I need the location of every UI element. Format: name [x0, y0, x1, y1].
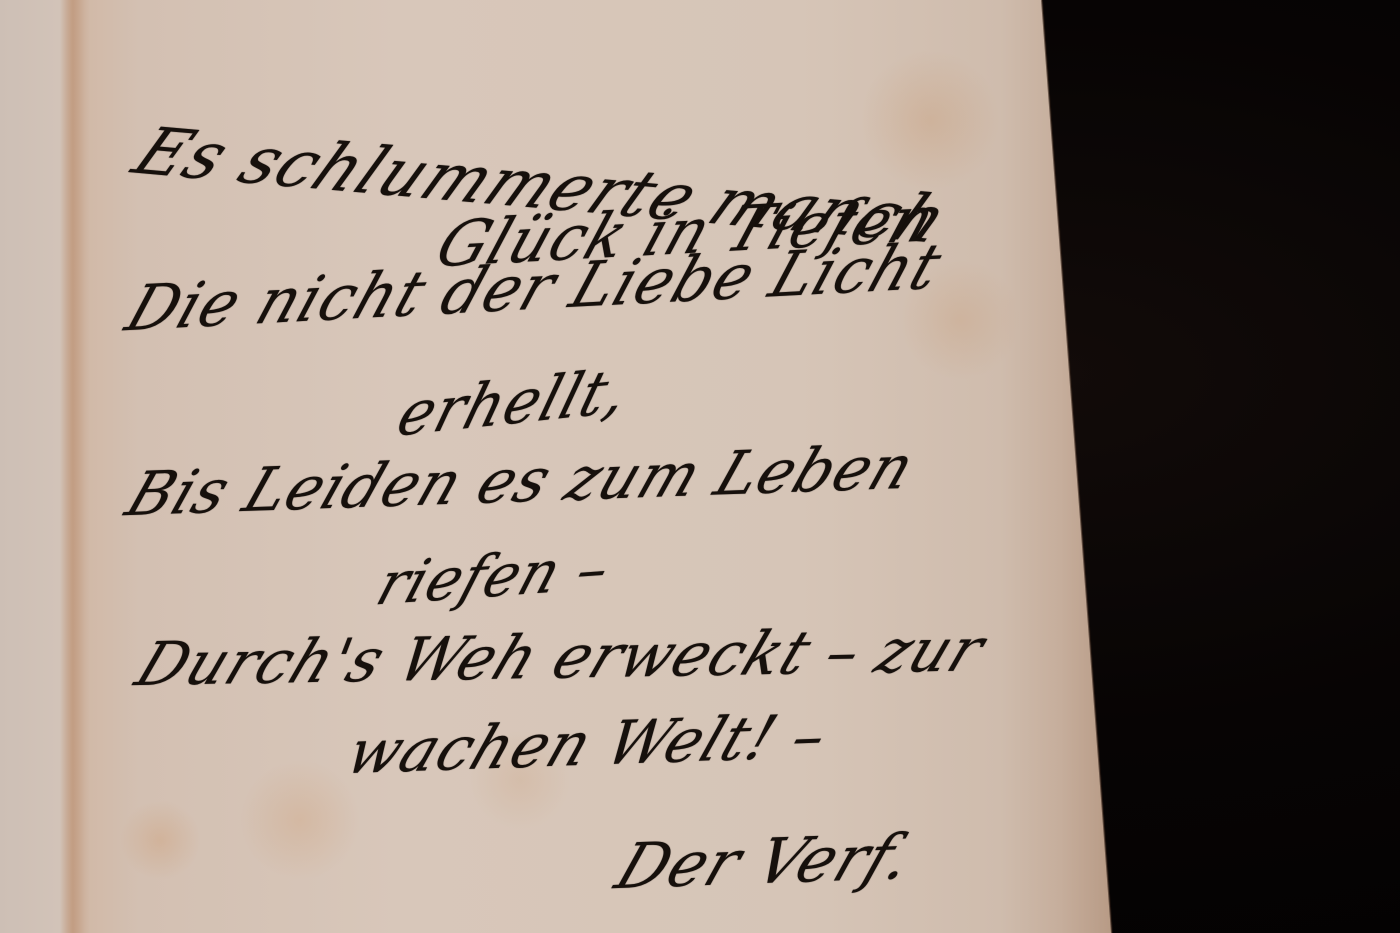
book-page: Es schlummerte manch Glück in Tiefen Die…: [0, 0, 1400, 933]
poem-line-6: riefen –: [369, 533, 620, 619]
photo-scene: Es schlummerte manch Glück in Tiefen Die…: [0, 0, 1400, 933]
poem-line-5: Bis Leiden es zum Leben: [117, 432, 924, 530]
poem-line-4: erhellt,: [390, 355, 637, 451]
poem-line-8: wachen Welt! –: [337, 701, 838, 789]
poem-line-7: Durch's Weh erweckt – zur: [126, 615, 994, 700]
handwritten-poem: Es schlummerte manch Glück in Tiefen Die…: [0, 0, 1100, 933]
signature: Der Verf.: [607, 819, 924, 903]
